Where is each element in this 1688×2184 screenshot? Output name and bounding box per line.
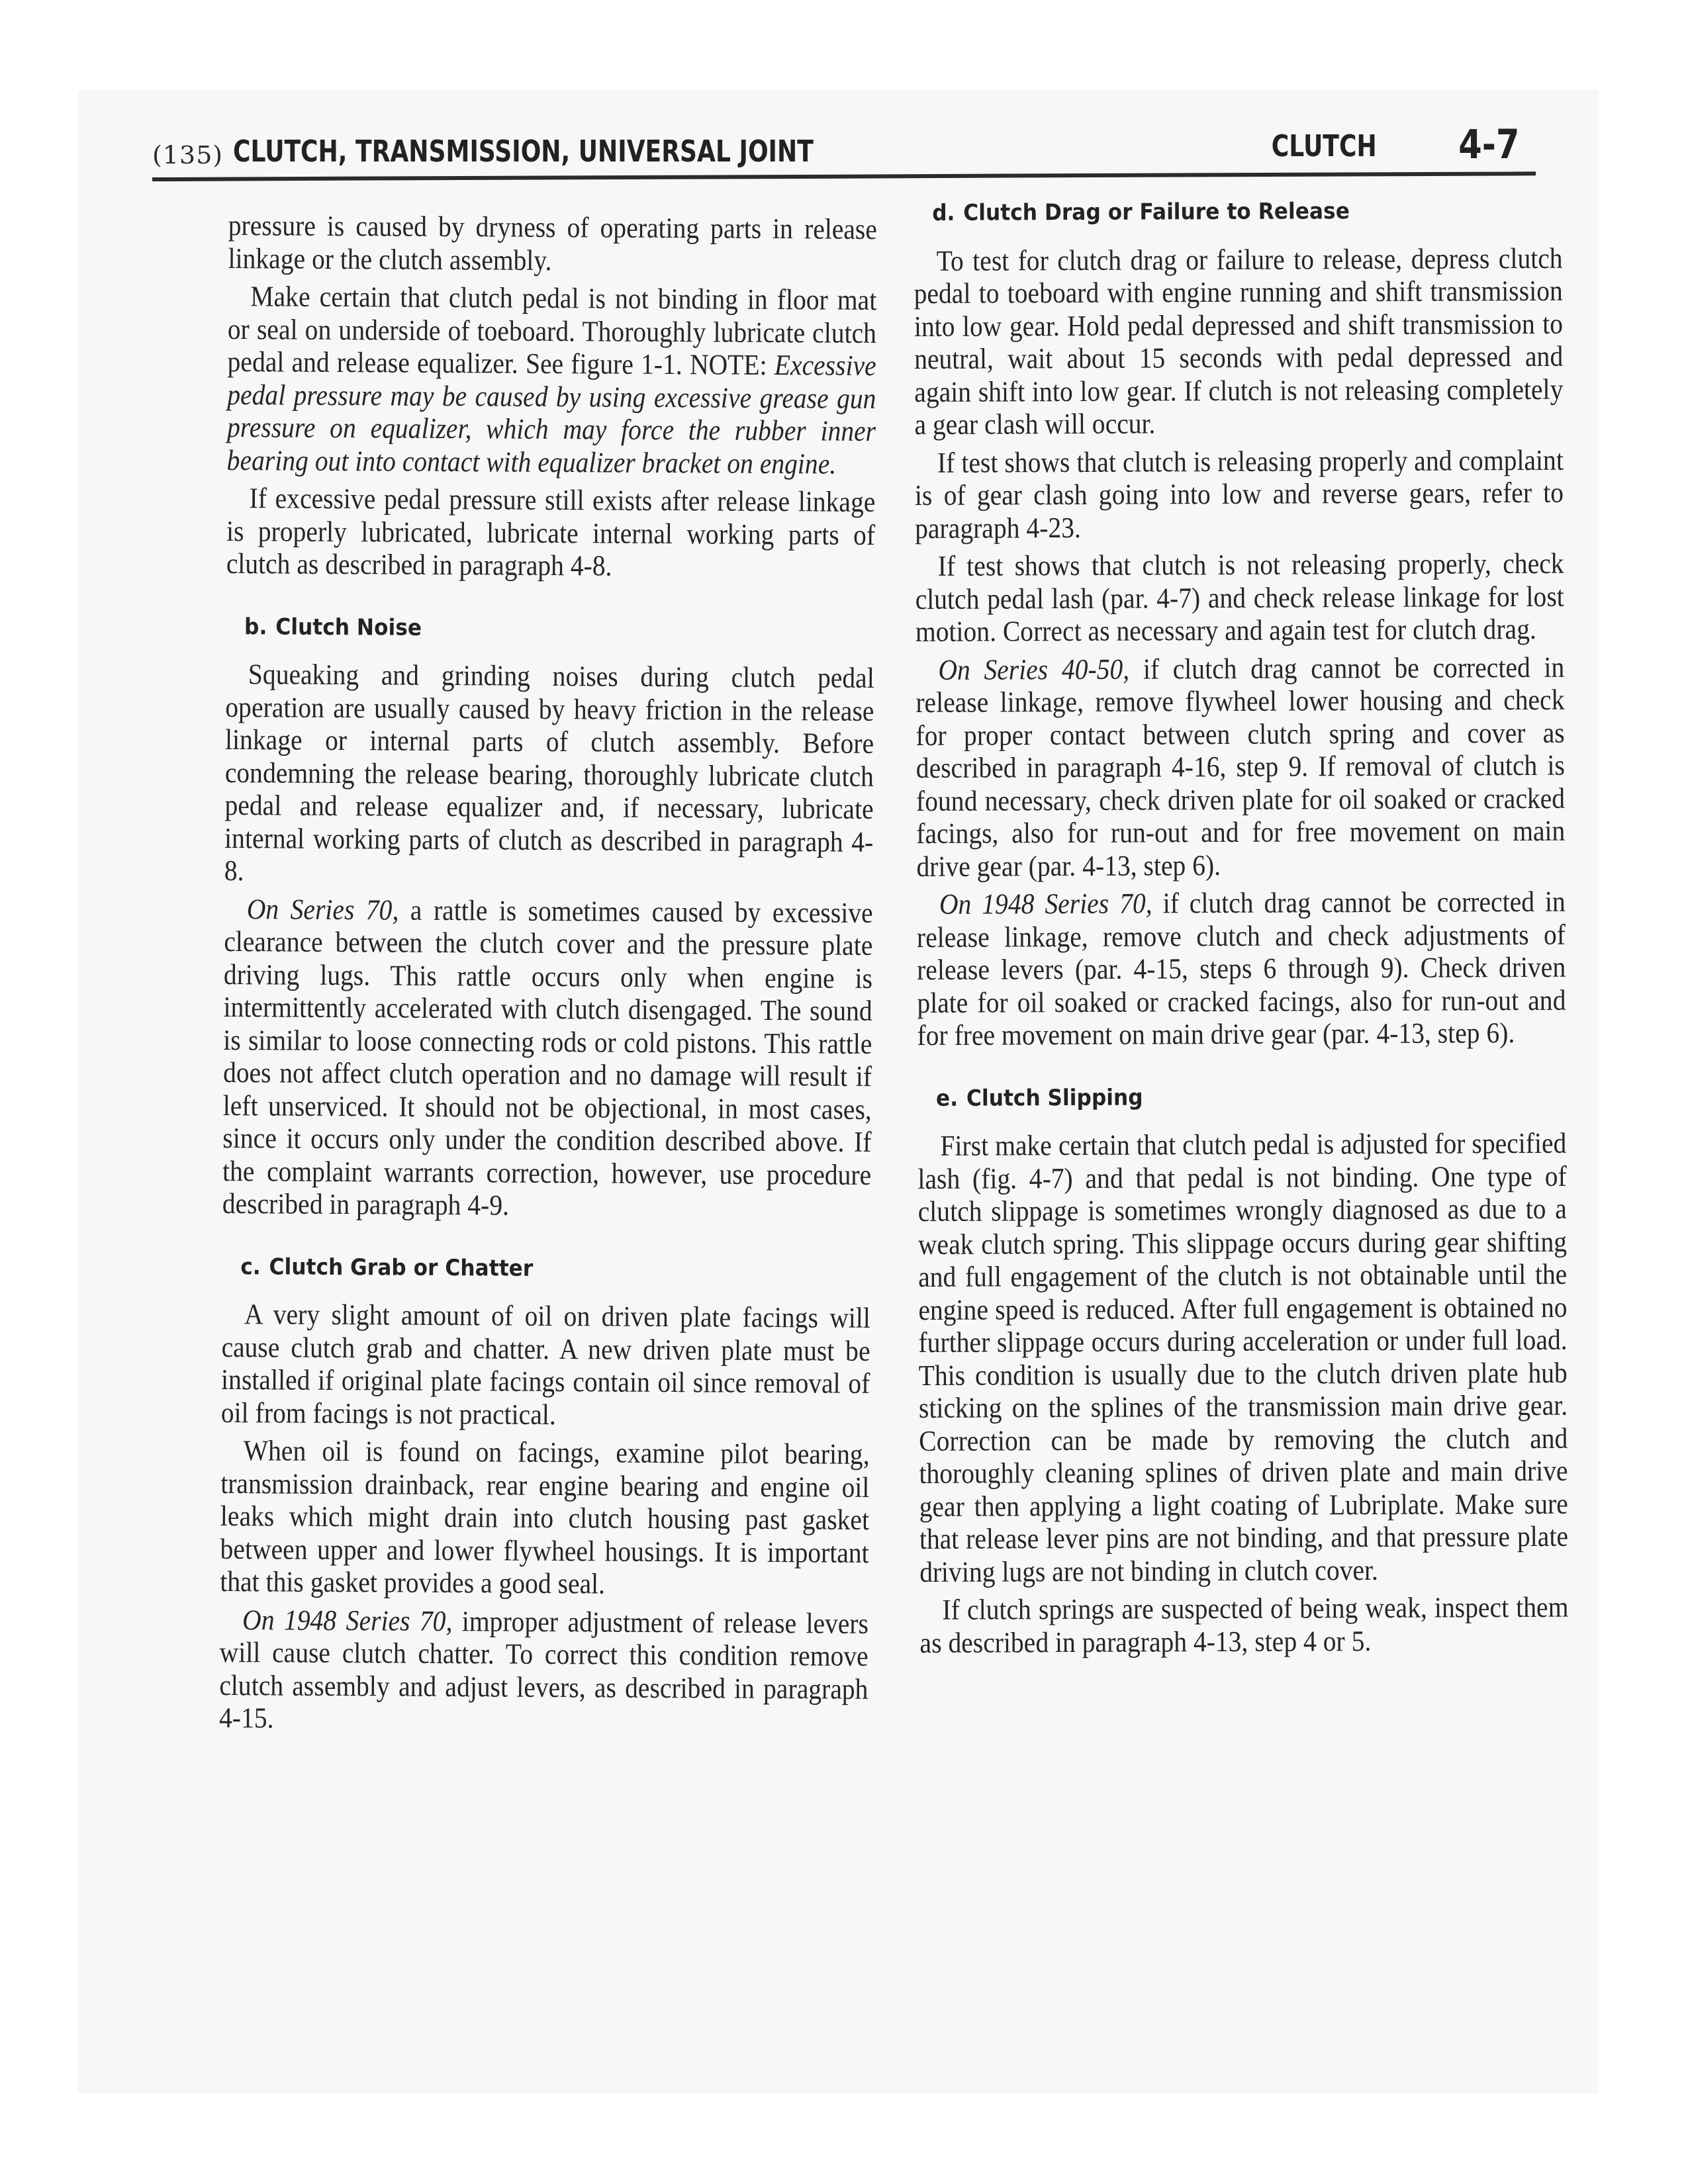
paragraph: If excessive pedal pressure still exists… [226,482,876,584]
series-lead: On 1948 Series 70, [242,1604,453,1637]
section-title: Clutch Slipping [966,1084,1143,1111]
paragraph-text: a rattle is sometimes caused by excessiv… [222,893,873,1222]
paragraph: If test shows that clutch is not releasi… [915,547,1564,649]
paragraph: A very slight amount of oil on driven pl… [221,1298,870,1433]
section-heading-b: b.Clutch Noise [244,611,824,647]
section-letter: d. [932,200,955,226]
section-label: CLUTCH [1272,130,1377,163]
paragraph: If test shows that clutch is releasing p… [915,443,1564,545]
paragraph: First make certain that clutch pedal is … [917,1127,1568,1588]
paragraph: On Series 70, a rattle is sometimes caus… [222,892,873,1224]
paragraph-text: if clutch drag cannot be corrected in re… [915,651,1565,882]
section-title: Clutch Noise [275,614,422,641]
chapter-title: CLUTCH, TRANSMISSION, UNIVERSAL JOINT [233,135,814,169]
section-heading-e: e.Clutch Slipping [936,1080,1516,1115]
paragraph: Squeaking and grinding noises during clu… [224,658,874,891]
section-title: Clutch Drag or Failure to Release [963,198,1350,226]
series-lead: On Series 70, [247,893,399,926]
section-heading-d: d.Clutch Drag or Failure to Release [932,195,1512,230]
paragraph: pressure is caused by dryness of operati… [228,209,877,279]
running-header: (135) CLUTCH, TRANSMISSION, UNIVERSAL JO… [152,124,1539,184]
paragraph: On 1948 Series 70, if clutch drag cannot… [917,886,1566,1052]
section-heading-c: c.Clutch Grab or Chatter [240,1251,820,1287]
paragraph: On Series 40-50, if clutch drag cannot b… [915,651,1566,883]
right-column: d.Clutch Drag or Failure to Release To t… [914,195,1569,1664]
paragraph-with-note: Make certain that clutch pedal is not bi… [227,280,877,480]
section-letter: e. [936,1085,958,1111]
series-lead: On 1948 Series 70, [939,887,1152,920]
section-letter: b. [244,614,267,640]
paragraph: When oil is found on facings, examine pi… [220,1434,870,1602]
left-column: pressure is caused by dryness of operati… [219,209,877,1743]
paragraph: On 1948 Series 70, improper adjustment o… [219,1603,868,1738]
series-lead: On Series 40-50, [938,653,1129,686]
paragraph: To test for clutch drag or failure to re… [914,242,1563,441]
section-letter: c. [240,1253,261,1280]
paragraph: If clutch springs are suspected of being… [919,1591,1569,1659]
section-number: 4-7 [1458,122,1519,168]
section-title: Clutch Grab or Chatter [269,1253,533,1281]
header-rule-divider [152,171,1536,181]
page-number: (135) [152,140,223,169]
